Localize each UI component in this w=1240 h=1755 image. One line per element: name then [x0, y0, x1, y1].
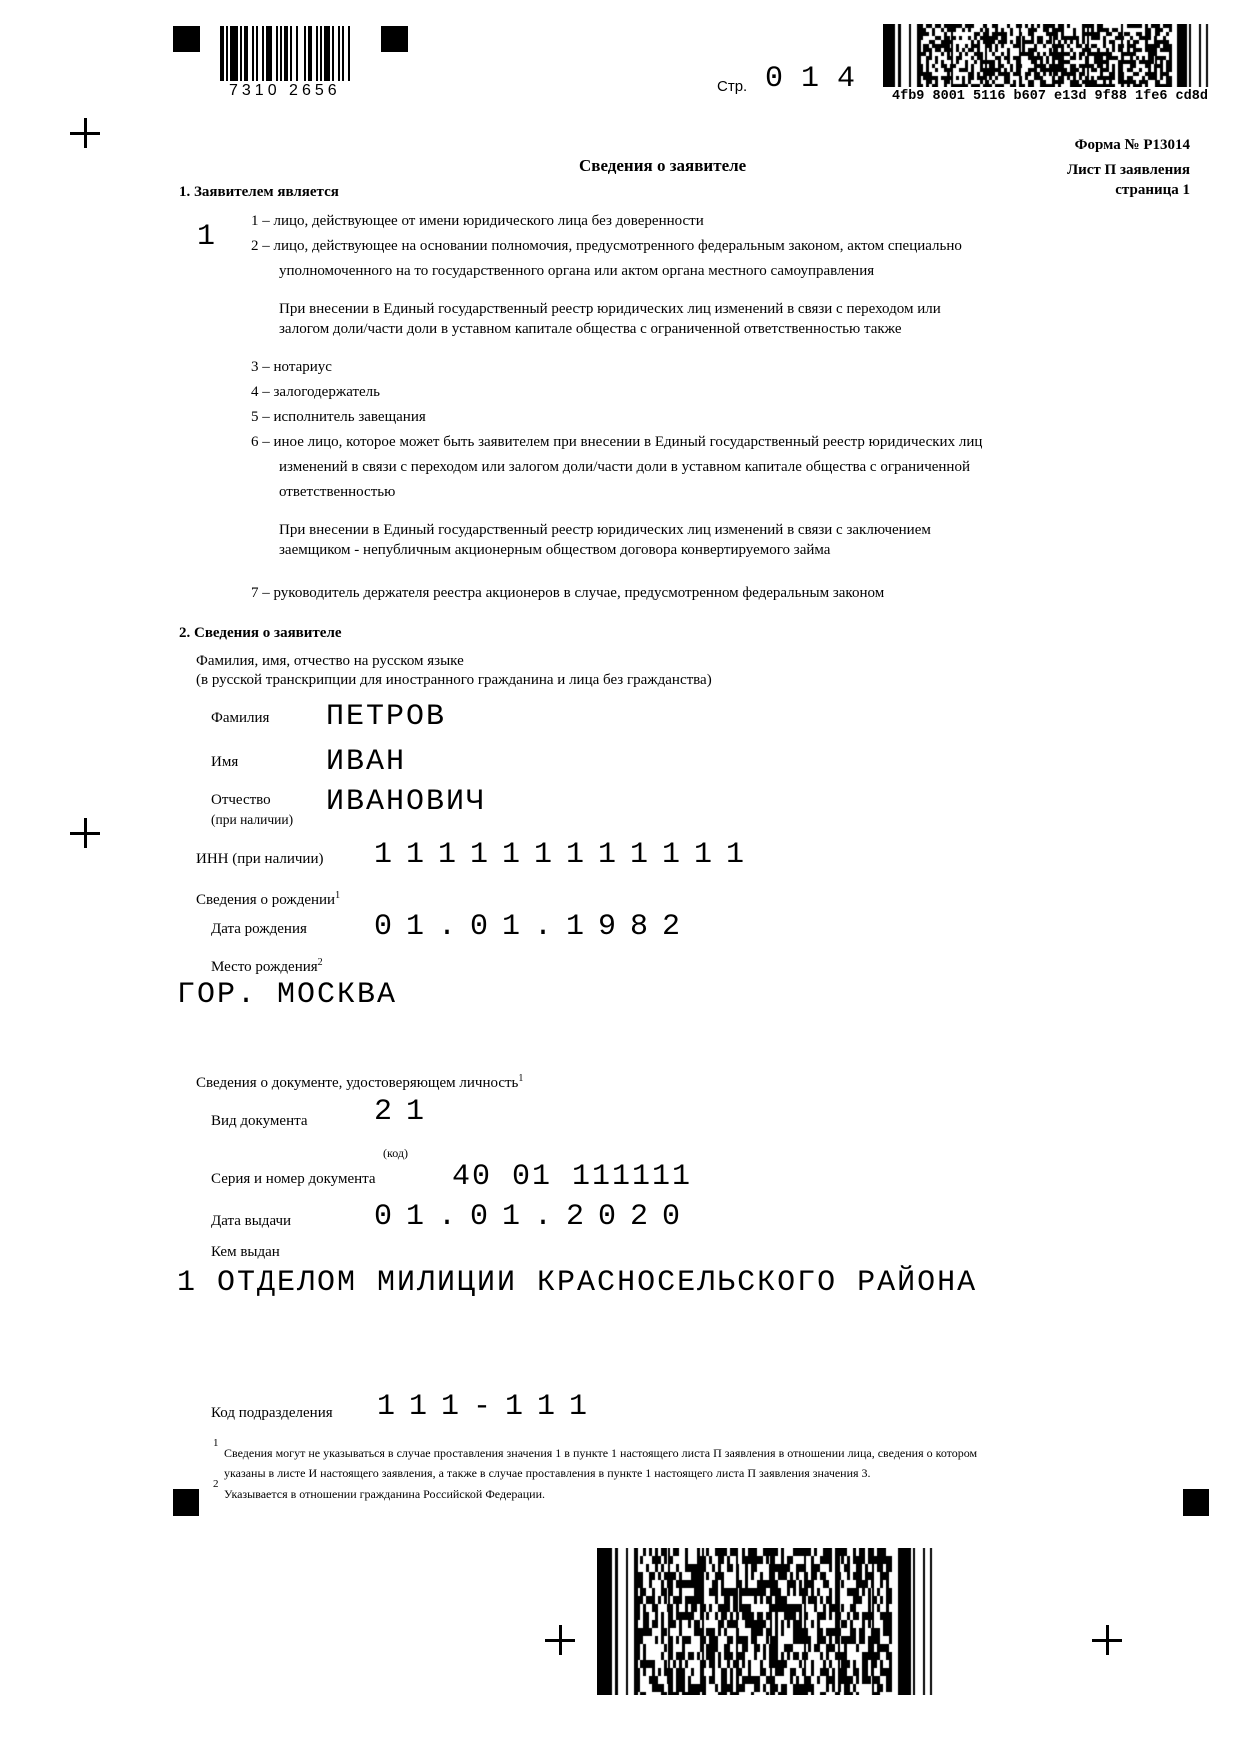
page-number: 0 1 4	[765, 62, 855, 96]
birth-date-label: Дата рождения	[211, 921, 307, 938]
corner-marker-bottom-left	[173, 1489, 199, 1516]
form-title: Сведения о заявителе	[579, 156, 746, 176]
issue-date-label: Дата выдачи	[211, 1213, 291, 1230]
pdf417-barcode-bottom	[597, 1548, 933, 1695]
option-6-cont-2: ответственностью	[279, 484, 395, 501]
registration-cross-icon	[1092, 1625, 1122, 1655]
name-field[interactable]: ИВАН	[326, 745, 406, 779]
corner-marker-top-left	[173, 26, 200, 52]
issued-by-label: Кем выдан	[211, 1244, 280, 1261]
section1-heading: 1. Заявителем является	[179, 184, 339, 201]
option-4: 4 – залогодержатель	[251, 384, 380, 401]
footnote-1-line1: Сведения могут не указываться в случае п…	[224, 1446, 977, 1461]
inn-field[interactable]: 111111111111	[374, 838, 758, 872]
page-label: Стр.	[717, 78, 747, 95]
linear-barcode	[220, 26, 352, 81]
birth-date-field[interactable]: 01.01.1982	[374, 910, 694, 944]
pdf417-hash: 4fb9 8001 5116 b607 e13d 9f88 1fe6 cd8d	[892, 89, 1208, 104]
option-6: 6 – иное лицо, которое может быть заявит…	[251, 434, 982, 451]
patronymic-sublabel: (при наличии)	[211, 812, 293, 828]
barcode-number: 7310 2656	[229, 82, 341, 100]
registration-cross-icon	[545, 1625, 575, 1655]
birth-caption: Сведения о рождении1	[196, 890, 340, 909]
form-page: страница 1	[1115, 182, 1190, 199]
fio-caption-note: (в русской транскрипции для иностранного…	[196, 672, 712, 689]
issued-by-field[interactable]: 1 ОТДЕЛОМ МИЛИЦИИ КРАСНОСЕЛЬСКОГО РАЙОНА	[177, 1266, 977, 1300]
corner-marker-bottom-right	[1183, 1489, 1209, 1516]
section2-heading: 2. Сведения о заявителе	[179, 625, 342, 642]
name-label: Имя	[211, 754, 238, 771]
corner-marker-top-mid	[381, 26, 408, 52]
inn-label: ИНН (при наличии)	[196, 851, 323, 868]
document-type-hint: (код)	[383, 1146, 408, 1161]
option-3: 3 – нотариус	[251, 359, 332, 376]
option-2-note-1: При внесении в Единый государственный ре…	[279, 301, 941, 318]
document-series-field[interactable]: 40 01 111111	[452, 1160, 692, 1194]
footnote-2-mark: 2	[213, 1478, 219, 1490]
option-6-note-2: заемщиком - непубличным акционерным обще…	[279, 542, 830, 559]
document-type-label: Вид документа	[211, 1113, 308, 1130]
footnote-2-line1: Указывается в отношении гражданина Росси…	[224, 1487, 545, 1502]
birth-place-field[interactable]: ГОР. МОСКВА	[177, 978, 397, 1012]
option-2-note-2: залогом доли/части доли в уставном капит…	[279, 321, 901, 338]
issue-date-field[interactable]: 01.01.2020	[374, 1200, 694, 1234]
option-7: 7 – руководитель держателя реестра акцио…	[251, 585, 884, 602]
pdf417-barcode-top	[883, 24, 1209, 87]
footnote-1-line2: указаны в листе И настоящего заявления, …	[224, 1466, 871, 1481]
surname-field[interactable]: ПЕТРОВ	[326, 700, 446, 734]
document-type-field[interactable]: 21	[374, 1095, 438, 1129]
option-2: 2 – лицо, действующее на основании полно…	[251, 238, 962, 255]
footnote-1-mark: 1	[213, 1437, 219, 1449]
form-number: Форма № Р13014	[1075, 137, 1190, 154]
fio-caption: Фамилия, имя, отчество на русском языке	[196, 653, 464, 670]
patronymic-label: Отчество	[211, 792, 271, 809]
option-1: 1 – лицо, действующее от имени юридическ…	[251, 213, 704, 230]
division-code-field[interactable]: 111-111	[377, 1390, 601, 1424]
registration-cross-icon	[70, 118, 100, 148]
option-5: 5 – исполнитель завещания	[251, 409, 426, 426]
option-6-cont-1: изменений в связи с переходом или залого…	[279, 459, 970, 476]
birth-place-label: Место рождения2	[211, 957, 323, 976]
option-6-note-1: При внесении в Единый государственный ре…	[279, 522, 931, 539]
option-2-cont: уполномоченного на то государственного о…	[279, 263, 874, 280]
division-code-label: Код подразделения	[211, 1405, 333, 1422]
document-series-label: Серия и номер документа	[211, 1171, 376, 1188]
registration-cross-icon	[70, 818, 100, 848]
document-caption: Сведения о документе, удостоверяющем лич…	[196, 1073, 523, 1092]
applicant-type-value[interactable]: 1	[197, 220, 215, 254]
form-sheet: Лист П заявления	[1067, 162, 1190, 179]
surname-label: Фамилия	[211, 710, 269, 727]
patronymic-field[interactable]: ИВАНОВИЧ	[326, 785, 486, 819]
